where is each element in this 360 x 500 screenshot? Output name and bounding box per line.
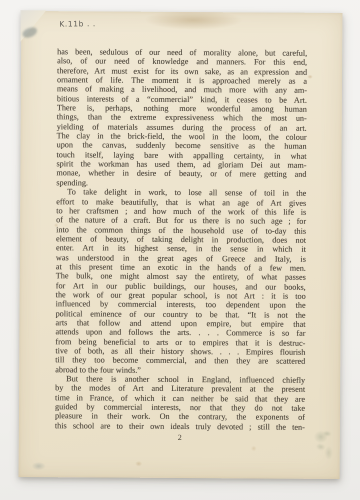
page-number: 2 <box>55 432 305 443</box>
body-text: has been, sedulous of our need of morali… <box>55 47 307 432</box>
photo-background: K.11b . . has been, sedulous of our need… <box>0 0 360 500</box>
text-line: this school are to their own ideals trul… <box>55 421 305 432</box>
document-page: K.11b . . has been, sedulous of our need… <box>19 11 343 479</box>
text-line: monae, whether in desire of beauty, or o… <box>56 169 306 180</box>
handwritten-shelfmark: K.11b . . <box>59 19 96 28</box>
pencil-smudge-bottom-right <box>312 426 335 455</box>
